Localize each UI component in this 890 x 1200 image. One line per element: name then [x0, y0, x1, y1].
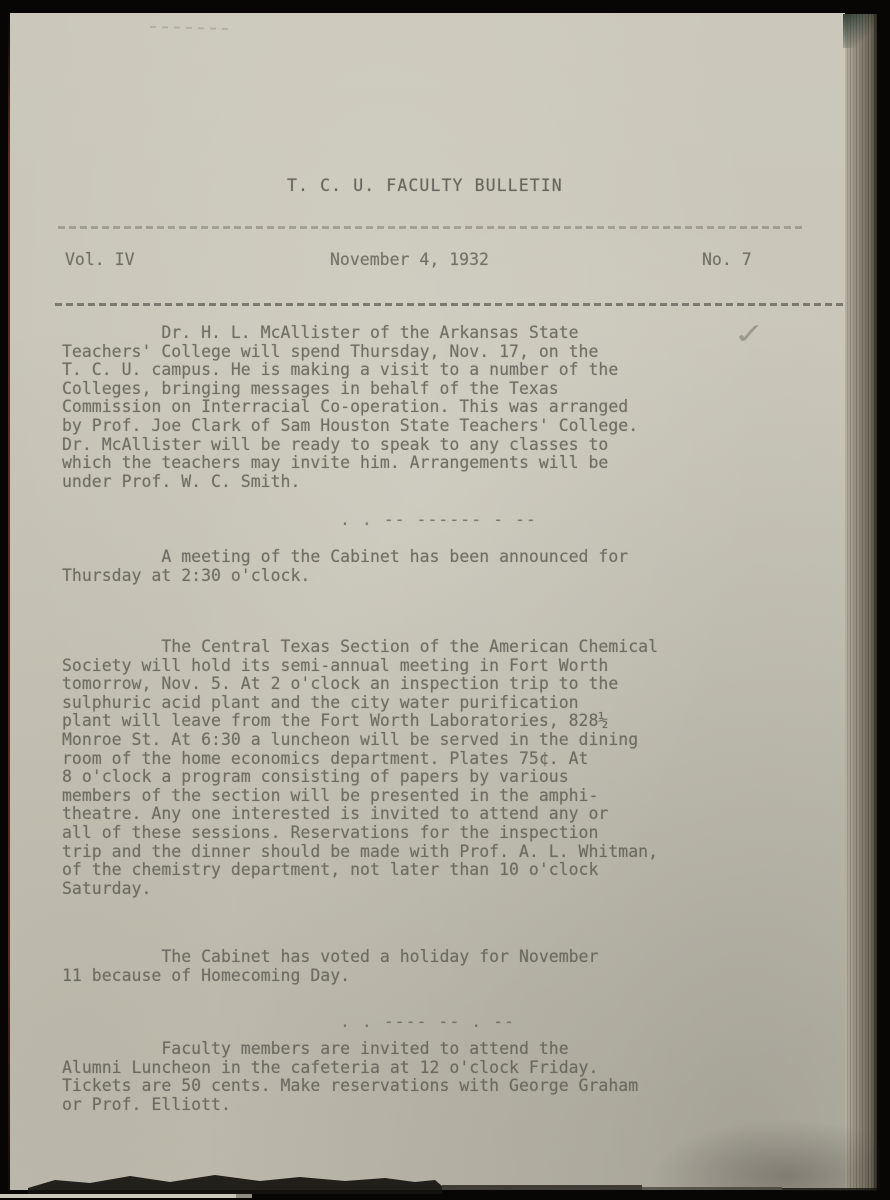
page-stack-shadow	[843, 14, 877, 48]
scanned-page: T. C. U. FACULTY BULLETIN Vol. IV Novemb…	[0, 0, 890, 1200]
masthead: Vol. IV November 4, 1932 No. 7	[0, 250, 890, 270]
pencil-checkmark-icon: ✓	[734, 315, 765, 353]
dashed-rule-masthead	[55, 303, 847, 306]
page-title: T. C. U. FACULTY BULLETIN	[287, 176, 563, 195]
volume-label: Vol. IV	[65, 250, 135, 269]
left-binding-edge	[8, 13, 10, 1190]
paragraph-cabinet-meeting: A meeting of the Cabinet has been announ…	[62, 548, 628, 585]
section-separator-2: . . ---- -- . --	[340, 1012, 515, 1031]
issue-number: No. 7	[702, 250, 752, 269]
torn-paper-bottom-edge	[10, 1158, 877, 1194]
issue-date: November 4, 1932	[330, 250, 489, 269]
book-page-edges	[845, 14, 877, 1190]
scan-edge-light-strip	[0, 1194, 236, 1198]
paragraph-alumni-luncheon: Faculty members are invited to attend th…	[62, 1040, 638, 1114]
dashed-rule-top	[58, 226, 803, 229]
paragraph-chemical-society-meeting: The Central Texas Section of the America…	[62, 638, 658, 898]
section-separator-1: . . -- ------ - --	[340, 510, 537, 529]
scan-edge-gray-strip	[236, 1194, 252, 1198]
paragraph-mcallister-visit: Dr. H. L. McAllister of the Arkansas Sta…	[62, 324, 638, 491]
paragraph-homecoming-holiday: The Cabinet has voted a holiday for Nove…	[62, 948, 598, 985]
